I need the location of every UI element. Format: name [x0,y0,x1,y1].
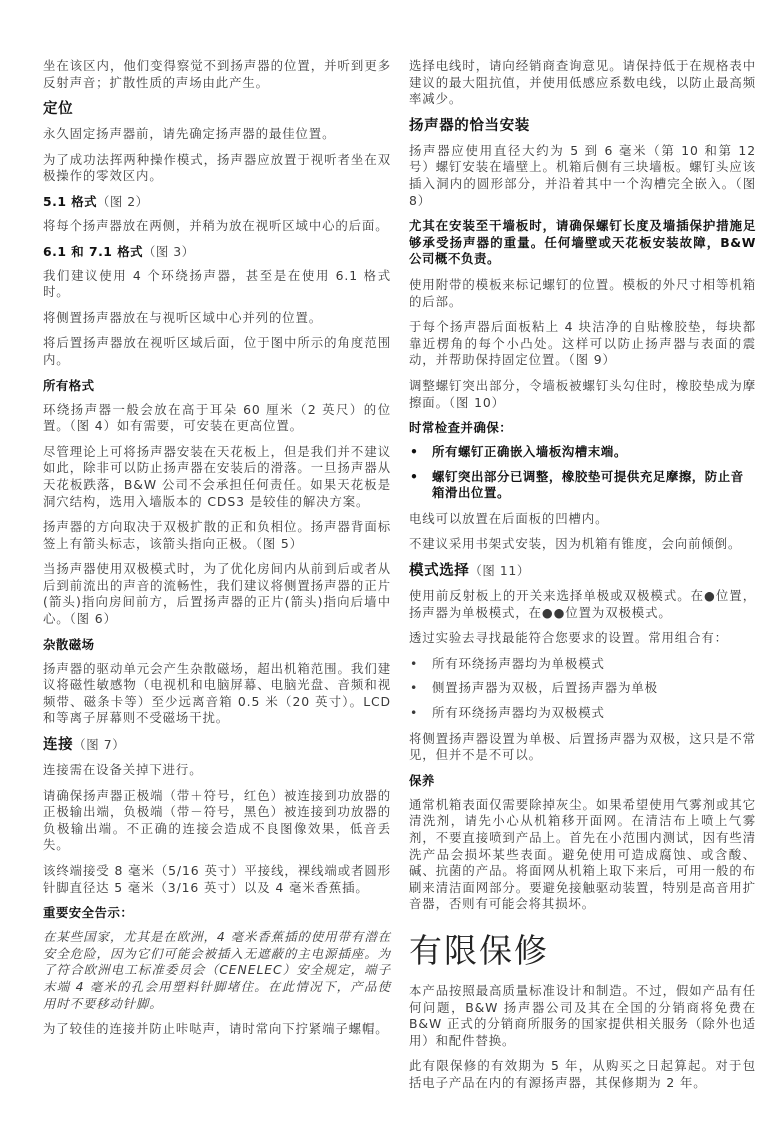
list-item: •所有环绕扬声器均为双极模式 [409,705,756,722]
mode-paragraph-2: 透过实验去寻找最能符合您要求的设置。常用组合有： [409,630,756,647]
all-formats-paragraph-2: 尽管理论上可将扬声器安装在天花板上，但是我们并不建议如此，除非可以防止扬声器在安… [43,444,391,510]
check-list: •所有螺钉正确嵌入墙板沟槽末端。 •螺钉突出部分已调整，橡胶垫可提供充足摩擦，防… [409,444,756,502]
heading-limited-warranty: 有限保修 [409,931,756,971]
heading-proper-mounting: 扬声器的恰当安装 [409,117,756,135]
heading-safety-notice: 重要安全告示： [43,905,391,921]
mounting-warning: 尤其在安装至干墙板时，请确保螺钉长度及墙插保护措施足够承受扬声器的重量。任何墙壁… [409,218,756,268]
mode-paragraph-1: 使用前反射板上的开关来选择单极或双极模式。在●位置，扬声器为单极模式，在●●位置… [409,588,756,621]
connection-paragraph-3: 该终端接受 8 毫米（5/16 英寸）平接线，裸线端或者圆形针脚直径达 5 毫米… [43,863,391,896]
mode-paragraph-3: 将侧置扬声器设置为单极、后置扬声器为双极，这只是不常见，但并不是不可以。 [409,731,756,764]
right-column: 选择电线时，请向经销商查询意见。请保持低于在规格表中建议的最大阻抗值，并使用低感… [409,58,756,1101]
heading-all-formats: 所有格式 [43,378,391,394]
stray-field-paragraph: 扬声器的驱动单元会产生杂散磁场，超出机箱范围。我们建议将磁性敏感物（电视机和电脑… [43,661,391,727]
heading-regular-check: 时常检查并确保： [409,420,756,436]
positioning-paragraph-2: 为了成功法挥两种操作模式，扬声器应放置于视听者坐在双极操作的零效区内。 [43,152,391,185]
heading-positioning: 定位 [43,100,391,118]
cable-paragraph: 选择电线时，请向经销商查询意见。请保持低于在规格表中建议的最大阻抗值，并使用低感… [409,58,756,108]
care-paragraph: 通常机箱表面仅需要除掉灰尘。如果希望使用气雾剂或其它清洗剂，请先小心从机箱移开面… [409,797,756,913]
format-6-1-paragraph-1: 我们建议使用 4 个环绕扬声器，甚至是在使用 6.1 格式时。 [43,268,391,301]
format-6-1-paragraph-2: 将侧置扬声器放在与视听区域中心并列的位置。 [43,310,391,327]
heading-connection: 连接（图 7） [43,736,391,754]
bookshelf-paragraph: 不建议采用书架式安装，因为机箱有锥度，会向前倾倒。 [409,536,756,553]
connection-paragraph-2: 请确保扬声器正极端（带＋符号，红色）被连接到功放器的正极输出端，负极端（带－符号… [43,788,391,854]
figure-reference: （图 2） [97,194,149,209]
intro-paragraph: 坐在该区内，他们变得察觉不到扬声器的位置，并听到更多反射声音；扩散性质的声场由此… [43,58,391,91]
cable-recess-paragraph: 电线可以放置在后面板的凹槽内。 [409,511,756,528]
left-column: 坐在该区内，他们变得察觉不到扬声器的位置，并听到更多反射声音；扩散性质的声场由此… [43,58,391,1047]
figure-reference: （图 11） [469,563,529,578]
figure-reference: （图 7） [73,737,125,752]
list-item: •所有环绕扬声器均为单极模式 [409,656,756,673]
connection-paragraph-1: 连接需在设备关掉下进行。 [43,762,391,779]
all-formats-paragraph-1: 环绕扬声器一般会放在高于耳朵 60 厘米（2 英尺）的位置。（图 4）如有需要，… [43,402,391,435]
bullet-icon: • [410,656,418,673]
bullet-icon: • [410,444,419,461]
list-item: •侧置扬声器为双极，后置扬声器为单极 [409,680,756,697]
mounting-paragraph-1: 扬声器应使用直径大约为 5 到 6 毫米（第 10 和第 12 号）螺钉安装在墙… [409,143,756,209]
list-item: •螺钉突出部分已调整，橡胶垫可提供充足摩擦，防止音箱滑出位置。 [409,469,756,502]
safety-notice-paragraph: 在某些国家，尤其是在欧洲，4 毫米香蕉插的使用带有潜在安全危险，因为它们可能会被… [43,929,391,1012]
all-formats-paragraph-3: 扬声器的方向取决于双极扩散的正和负相位。扬声器背面标签上有箭头标志，该箭头指向正… [43,519,391,552]
warranty-paragraph-2: 此有限保修的有效期为 5 年，从购买之日起算起。对于包括电子产品在内的有源扬声器… [409,1058,756,1091]
heading-mode-selection: 模式选择（图 11） [409,562,756,580]
bullet-icon: • [410,469,419,486]
bullet-icon: • [410,680,418,697]
tighten-terminals-paragraph: 为了较佳的连接并防止咔哒声，请时常向下拧紧端子螺帽。 [43,1021,391,1038]
format-5-1-paragraph: 将每个扬声器放在两侧，并稍为放在视听区域中心的后面。 [43,218,391,235]
format-6-1-paragraph-3: 将后置扬声器放在视听区域后面，位于图中所示的角度范围内。 [43,335,391,368]
all-formats-paragraph-4: 当扬声器使用双极模式时，为了优化房间内从前到后或者从后到前流出的声音的流畅性，我… [43,561,391,627]
heading-stray-magnetic-field: 杂散磁场 [43,637,391,653]
heading-care: 保养 [409,773,756,789]
bullet-icon: • [410,705,418,722]
mode-list: •所有环绕扬声器均为单极模式 •侧置扬声器为双极，后置扬声器为单极 •所有环绕扬… [409,656,756,722]
mounting-paragraph-4: 调整螺钉突出部分，令墙板被螺钉头勾住时，橡胶垫成为摩擦面。（图 10） [409,378,756,411]
list-item: •所有螺钉正确嵌入墙板沟槽末端。 [409,444,756,461]
heading-6-1-7-1-format: 6.1 和 7.1 格式（图 3） [43,244,391,260]
figure-reference: （图 3） [143,244,195,259]
mounting-paragraph-3: 于每个扬声器后面板粘上 4 块洁净的自贴橡胶垫，每块都靠近楞角的每个小凸处。这样… [409,319,756,369]
heading-5-1-format: 5.1 格式（图 2） [43,194,391,210]
positioning-paragraph-1: 永久固定扬声器前，请先确定扬声器的最佳位置。 [43,126,391,143]
mounting-paragraph-2: 使用附带的模板来标记螺钉的位置。模板的外尺寸相等机箱的后部。 [409,277,756,310]
warranty-paragraph-1: 本产品按照最高质量标准设计和制造。不过，假如产品有任何问题，B&W 扬声器公司及… [409,983,756,1049]
